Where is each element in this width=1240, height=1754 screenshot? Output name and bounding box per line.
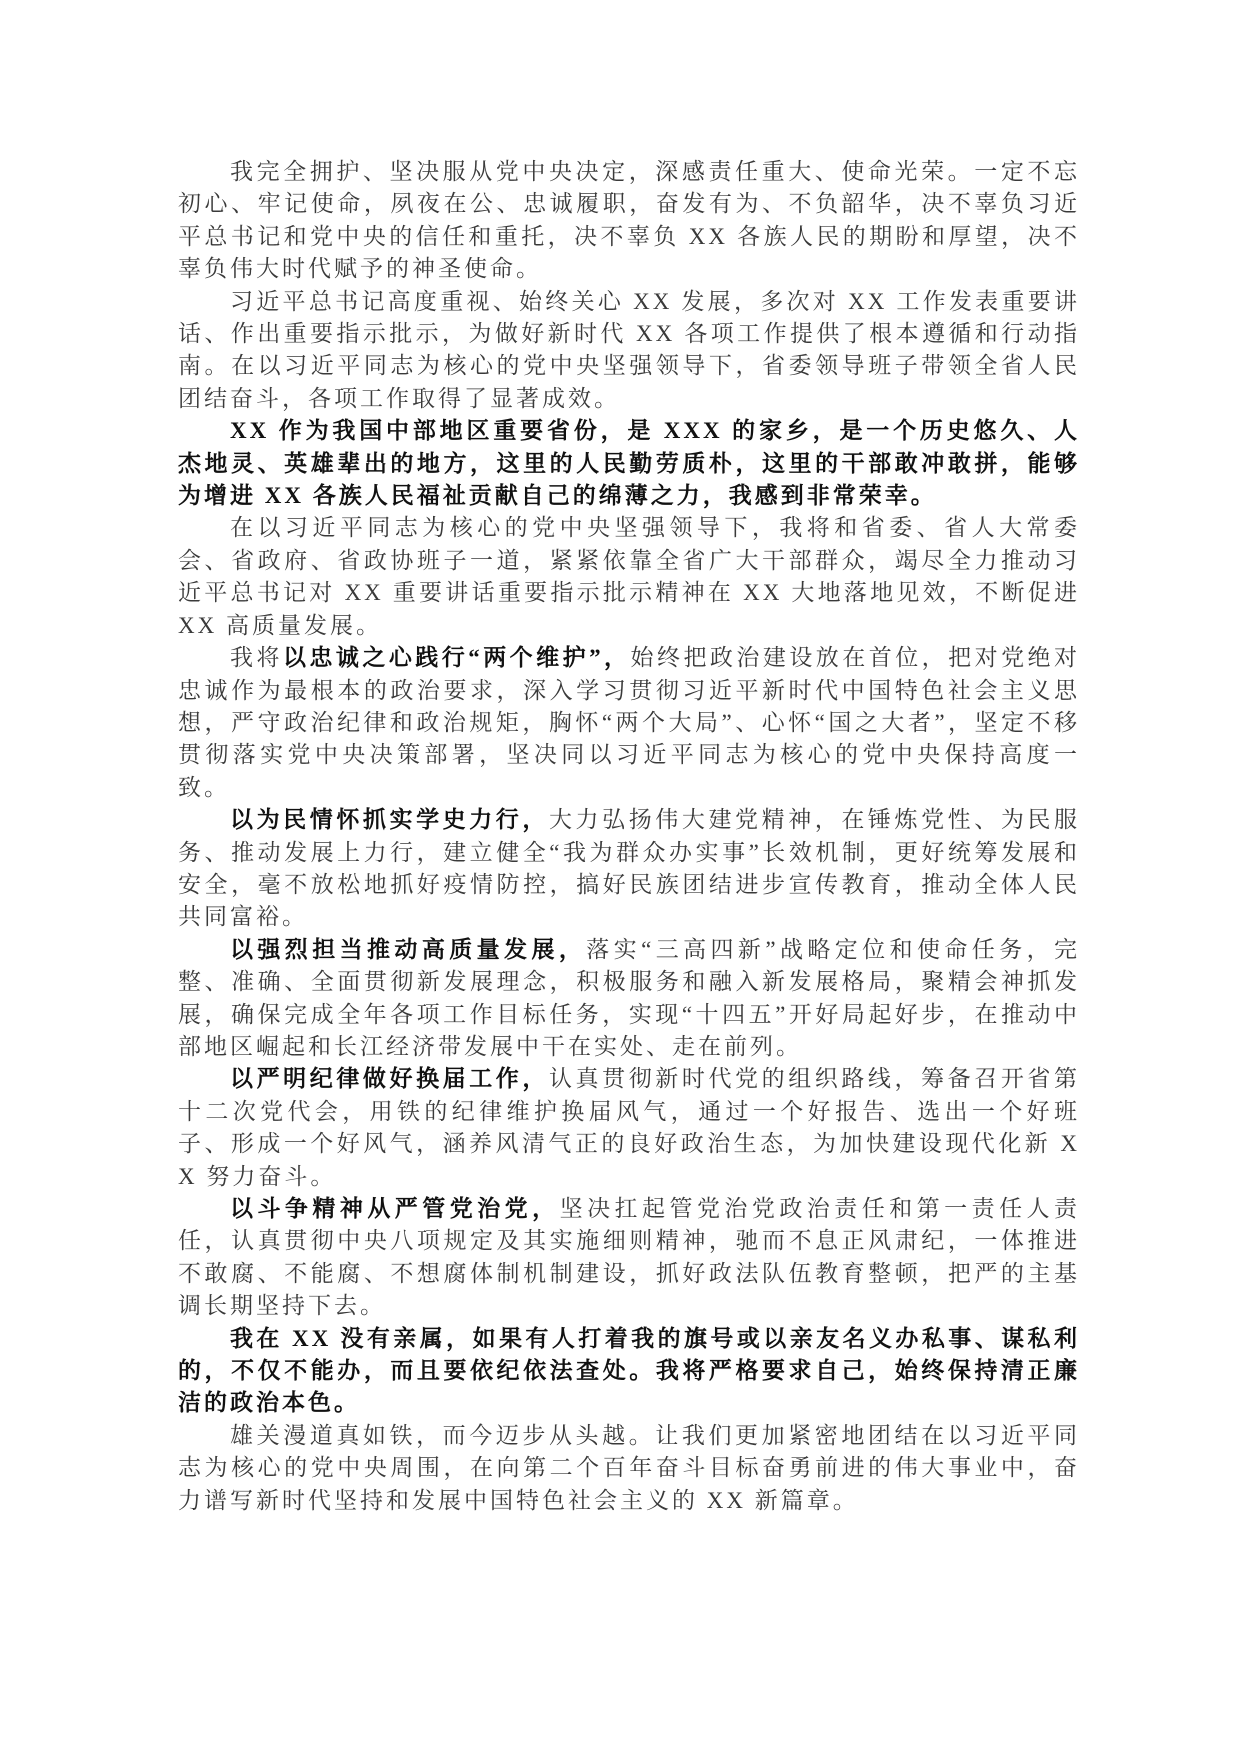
paragraph: 我在 XX 没有亲属，如果有人打着我的旗号或以亲友名义办私事、谋私利的，不仅不能… — [178, 1323, 1080, 1420]
text-segment: 我将 — [230, 645, 283, 670]
paragraph: 习近平总书记高度重视、始终关心 XX 发展，多次对 XX 工作发表重要讲话、作出… — [178, 286, 1080, 416]
paragraph: 我完全拥护、坚决服从党中央决定，深感责任重大、使命光荣。一定不忘初心、牢记使命，… — [178, 156, 1080, 286]
text-segment: 在以习近平同志为核心的党中央坚强领导下，我将和省委、省人大常委会、省政府、省政协… — [178, 515, 1080, 637]
document-page: 我完全拥护、坚决服从党中央决定，深感责任重大、使命光荣。一定不忘初心、牢记使命，… — [0, 0, 1240, 1754]
paragraph: 我将以忠诚之心践行“两个维护”，始终把政治建设放在首位，把对党绝对忠诚作为最根本… — [178, 642, 1080, 804]
document-text-block: 我完全拥护、坚决服从党中央决定，深感责任重大、使命光荣。一定不忘初心、牢记使命，… — [178, 156, 1080, 1517]
text-segment: 我完全拥护、坚决服从党中央决定，深感责任重大、使命光荣。一定不忘初心、牢记使命，… — [178, 159, 1080, 281]
paragraph: 以严明纪律做好换届工作，认真贯彻新时代党的组织路线，筹备召开省第十二次党代会，用… — [178, 1063, 1080, 1193]
paragraph: 雄关漫道真如铁，而今迈步从头越。让我们更加紧密地团结在以习近平同志为核心的党中央… — [178, 1420, 1080, 1517]
paragraph: 在以习近平同志为核心的党中央坚强领导下，我将和省委、省人大常委会、省政府、省政协… — [178, 512, 1080, 642]
text-segment: XX 作为我国中部地区重要省份，是 XXX 的家乡，是一个历史悠久、人杰地灵、英… — [178, 418, 1080, 508]
paragraph: 以斗争精神从严管党治党，坚决扛起管党治党政治责任和第一责任人责任，认真贯彻中央八… — [178, 1193, 1080, 1323]
paragraph: 以强烈担当推动高质量发展，落实“三高四新”战略定位和使命任务，完整、准确、全面贯… — [178, 934, 1080, 1064]
paragraph: XX 作为我国中部地区重要省份，是 XXX 的家乡，是一个历史悠久、人杰地灵、英… — [178, 415, 1080, 512]
text-segment: 以强烈担当推动高质量发展， — [230, 937, 586, 962]
text-segment: 以斗争精神从严管党治党， — [230, 1196, 560, 1221]
text-segment: 以为民情怀抓实学史力行， — [230, 807, 549, 832]
text-segment: 习近平总书记高度重视、始终关心 XX 发展，多次对 XX 工作发表重要讲话、作出… — [178, 289, 1080, 411]
text-segment: 以忠诚之心践行“两个维护”， — [283, 645, 631, 670]
text-segment: 以严明纪律做好换届工作， — [230, 1066, 549, 1091]
text-segment: 我在 XX 没有亲属，如果有人打着我的旗号或以亲友名义办私事、谋私利的，不仅不能… — [178, 1326, 1080, 1416]
paragraph: 以为民情怀抓实学史力行，大力弘扬伟大建党精神，在锤炼党性、为民服务、推动发展上力… — [178, 804, 1080, 934]
text-segment: 雄关漫道真如铁，而今迈步从头越。让我们更加紧密地团结在以习近平同志为核心的党中央… — [178, 1423, 1080, 1513]
